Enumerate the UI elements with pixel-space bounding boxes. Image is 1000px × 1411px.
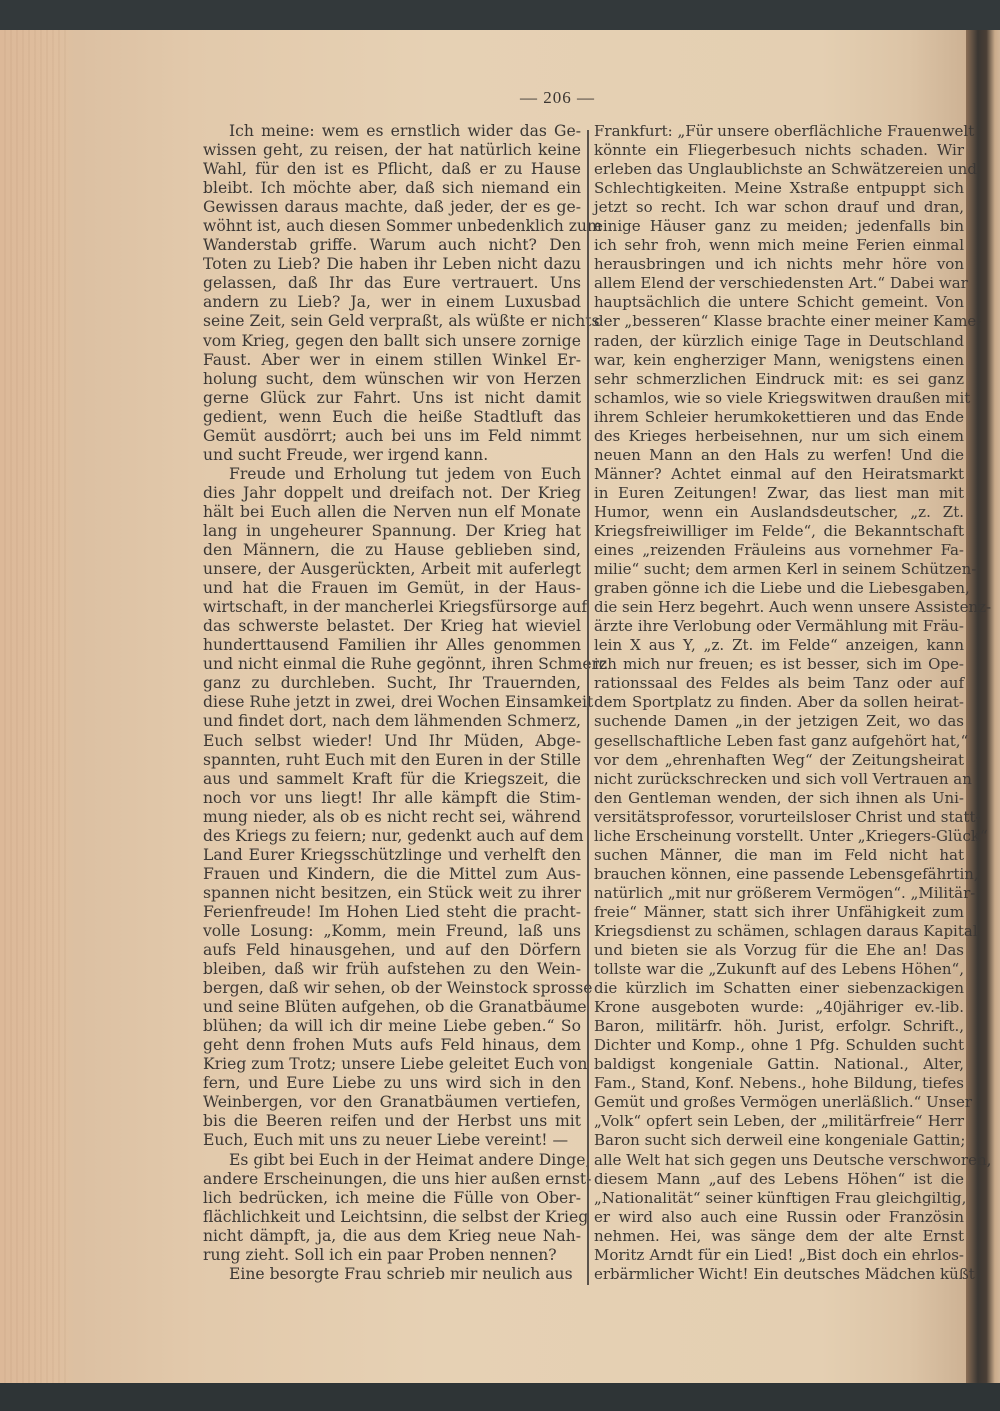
text-line: aufs Feld hinausgehen, und auf den Dörfe… [203, 941, 581, 960]
text-line: und findet dort, nach dem lähmenden Schm… [203, 712, 581, 731]
text-line: versitätsprofessor, vorurteilsloser Chri… [594, 808, 964, 827]
text-line: diesem Mann „auf des Lebens Höhen“ ist d… [594, 1170, 964, 1189]
text-line: wöhnt ist, auch diesen Sommer unbedenkli… [203, 217, 581, 236]
text-line: Eine besorgte Frau schrieb mir neulich a… [203, 1265, 581, 1284]
text-line: volle Losung: „Komm, mein Freund, laß un… [203, 922, 581, 941]
text-line: nehmen. Hei, was sänge dem der alte Erns… [594, 1227, 964, 1246]
text-line: Krone ausgeboten wurde: „40jähriger ev.-… [594, 998, 964, 1017]
text-line: hält bei Euch allen die Nerven nun elf M… [203, 503, 581, 522]
book-gutter-shadow [966, 30, 1000, 1384]
text-line: jetzt so recht. Ich war schon drauf und … [594, 198, 964, 217]
text-line: dem Sportplatz zu finden. Aber da sollen… [594, 693, 964, 712]
text-line: des Kriegs zu feiern; nur, gedenkt auch … [203, 827, 581, 846]
text-line: Ferienfreude! Im Hohen Lied steht die pr… [203, 903, 581, 922]
text-line: schamlos, wie so viele Kriegswitwen drau… [594, 389, 964, 408]
text-line: tollste war die „Zukunft auf des Lebens … [594, 960, 964, 979]
text-line: freie“ Männer, statt sich ihrer Unfähigk… [594, 903, 964, 922]
text-line: andern zu Lieb? Ja, wer in einem Luxusba… [203, 293, 581, 312]
text-line: Krieg zum Trotz; unsere Liebe geleitet E… [203, 1055, 581, 1074]
text-line: Dichter und Komp., ohne 1 Pfg. Schulden … [594, 1036, 964, 1055]
text-line: ich sehr froh, wenn mich meine Ferien ei… [594, 236, 964, 255]
page-edges [0, 30, 66, 1384]
text-line: vom Krieg, gegen den ballt sich unsere z… [203, 332, 581, 351]
text-line: ärzte ihre Verlobung oder Vermählung mit… [594, 617, 964, 636]
text-line: Baron, militärfr. höh. Jurist, erfolgr. … [594, 1017, 964, 1036]
column-divider [587, 130, 589, 1285]
text-line: gelassen, daß Ihr das Eure vertrauert. U… [203, 274, 581, 293]
text-line: die sein Herz begehrt. Auch wenn unsere … [594, 598, 964, 617]
text-line: und nicht einmal die Ruhe gegönnt, ihren… [203, 655, 581, 674]
text-line: Gemüt und großes Vermögen unerläßlich.“ … [594, 1093, 964, 1112]
text-line: rung zieht. Soll ich ein paar Proben nen… [203, 1246, 581, 1265]
text-line: unsere, der Ausgerückten, Arbeit mit auf… [203, 560, 581, 579]
text-line: „Volk“ opfert sein Leben, der „militärfr… [594, 1112, 964, 1131]
text-line: und hat die Frauen im Gemüt, in der Haus… [203, 579, 581, 598]
text-line: Frankfurt: „Für unsere oberflächliche Fr… [594, 122, 964, 141]
text-line: Land Eurer Kriegsschützlinge und verhelf… [203, 846, 581, 865]
text-line: suchende Damen „in der jetzigen Zeit, wo… [594, 712, 964, 731]
text-line: lich bedrücken, ich meine die Fülle von … [203, 1189, 581, 1208]
text-line: Kriegsdienst zu schämen, schlagen daraus… [594, 922, 964, 941]
text-line: spannen nicht besitzen, ein Stück weit z… [203, 884, 581, 903]
text-line: gedient, wenn Euch die heiße Stadtluft d… [203, 408, 581, 427]
text-line: herausbringen und ich nichts mehr höre v… [594, 255, 964, 274]
right-text-column: Frankfurt: „Für unsere oberflächliche Fr… [594, 122, 964, 1284]
text-line: mung nieder, als ob es nicht recht sei, … [203, 808, 581, 827]
text-line: Euch, Euch mit uns zu neuer Liebe verein… [203, 1131, 581, 1150]
text-line: baldigst kongeniale Gattin. National., A… [594, 1055, 964, 1074]
page-number: — 206 — [520, 88, 620, 108]
text-line: die kürzlich im Schatten einer siebenzac… [594, 979, 964, 998]
text-line: vor dem „ehrenhaften Weg“ der Zeitungshe… [594, 751, 964, 770]
text-line: bis die Beeren reifen und der Herbst uns… [203, 1112, 581, 1131]
text-line: gerne Glück zur Fahrt. Uns ist nicht dam… [203, 389, 581, 408]
text-line: rationssaal des Feldes als beim Tanz ode… [594, 674, 964, 693]
text-line: noch vor uns liegt! Ihr alle kämpft die … [203, 789, 581, 808]
text-line: fern, und Eure Liebe zu uns wird sich in… [203, 1074, 581, 1093]
text-line: Euch selbst wieder! Und Ihr Müden, Abge- [203, 732, 581, 751]
text-line: den Männern, die zu Hause geblieben sind… [203, 541, 581, 560]
text-line: seine Zeit, sein Geld verpraßt, als wüßt… [203, 312, 581, 331]
text-line: diese Ruhe jetzt in zwei, drei Wochen Ei… [203, 693, 581, 712]
text-line: Gewissen daraus machte, daß jeder, der e… [203, 198, 581, 217]
text-line: das schwerste belastet. Der Krieg hat wi… [203, 617, 581, 636]
text-line: hauptsächlich die untere Schicht gemeint… [594, 293, 964, 312]
text-line: einige Häuser ganz zu meiden; jedenfalls… [594, 217, 964, 236]
book-cover-bottom [0, 1383, 1000, 1411]
text-line: in Euren Zeitungen! Zwar, das liest man … [594, 484, 964, 503]
text-line: Schlechtigkeiten. Meine Xstraße entpuppt… [594, 179, 964, 198]
book-cover-top [0, 0, 1000, 32]
text-line: Fam., Stand, Konf. Nebens., hohe Bildung… [594, 1074, 964, 1093]
text-line: und sucht Freude, wer irgend kann. [203, 446, 581, 465]
text-line: neuen Mann an den Hals zu werfen! Und di… [594, 446, 964, 465]
text-line: erbärmlicher Wicht! Ein deutsches Mädche… [594, 1265, 964, 1284]
text-line: des Krieges herbeisehnen, nur um sich ei… [594, 427, 964, 446]
text-line: nicht dämpft, ja, die aus dem Krieg neue… [203, 1227, 581, 1246]
text-line: blühen; da will ich dir meine Liebe gebe… [203, 1017, 581, 1036]
text-line: bergen, daß wir sehen, ob der Weinstock … [203, 979, 581, 998]
text-line: sehr schmerzlichen Eindruck mit: es sei … [594, 370, 964, 389]
text-line: erleben das Unglaublichste an Schwätzere… [594, 160, 964, 179]
text-line: Es gibt bei Euch in der Heimat andere Di… [203, 1151, 581, 1170]
text-line: Wanderstab griffe. Warum auch nicht? Den [203, 236, 581, 255]
text-line: brauchen können, eine passende Lebensgef… [594, 865, 964, 884]
text-line: suchen Männer, die man im Feld nicht hat [594, 846, 964, 865]
text-line: Moritz Arndt für ein Lied! „Bist doch ei… [594, 1246, 964, 1265]
text-line: geht denn frohen Muts aufs Feld hinaus, … [203, 1036, 581, 1055]
text-line: Wahl, für den ist es Pflicht, daß er zu … [203, 160, 581, 179]
text-line: milie“ sucht; dem armen Kerl in seinem S… [594, 560, 964, 579]
text-line: wissen geht, zu reisen, der hat natürlic… [203, 141, 581, 160]
text-line: Gemüt ausdörrt; auch bei uns im Feld nim… [203, 427, 581, 446]
text-line: alle Welt hat sich gegen uns Deutsche ve… [594, 1151, 964, 1170]
text-line: andere Erscheinungen, die uns hier außen… [203, 1170, 581, 1189]
text-line: graben gönne ich die Liebe und die Liebe… [594, 579, 964, 598]
text-line: lein X aus Y, „z. Zt. im Felde“ anzeigen… [594, 636, 964, 655]
text-line: natürlich „mit nur größerem Vermögen“. „… [594, 884, 964, 903]
text-line: ich mich nur freuen; es ist besser, sich… [594, 655, 964, 674]
text-line: dies Jahr doppelt und dreifach not. Der … [203, 484, 581, 503]
text-line: und seine Blüten aufgehen, ob die Granat… [203, 998, 581, 1017]
left-text-column: Ich meine: wem es ernstlich wider das Ge… [203, 122, 581, 1284]
text-line: bleibt. Ich möchte aber, daß sich nieman… [203, 179, 581, 198]
text-line: aus und sammelt Kraft für die Kriegszeit… [203, 770, 581, 789]
text-line: hunderttausend Familien ihr Alles genomm… [203, 636, 581, 655]
text-line: liche Erscheinung vorstellt. Unter „Krie… [594, 827, 964, 846]
text-line: Faust. Aber wer in einem stillen Winkel … [203, 351, 581, 370]
text-line: bleiben, daß wir früh aufstehen zu den W… [203, 960, 581, 979]
text-line: „Nationalität“ seiner künftigen Frau gle… [594, 1189, 964, 1208]
text-line: könnte ein Fliegerbesuch nichts schaden.… [594, 141, 964, 160]
text-line: spannten, ruht Euch mit den Euren in der… [203, 751, 581, 770]
text-line: Freude und Erholung tut jedem von Euch [203, 465, 581, 484]
text-line: lang in ungeheurer Spannung. Der Krieg h… [203, 522, 581, 541]
text-line: allem Elend der verschiedensten Art.“ Da… [594, 274, 964, 293]
text-line: war, kein engherziger Mann, wenigstens e… [594, 351, 964, 370]
text-line: Kriegsfreiwilliger im Felde“, die Bekann… [594, 522, 964, 541]
text-line: Ich meine: wem es ernstlich wider das Ge… [203, 122, 581, 141]
text-line: ganz zu durchleben. Sucht, Ihr Trauernde… [203, 674, 581, 693]
text-line: Weinbergen, vor den Granatbäumen vertief… [203, 1093, 581, 1112]
text-line: Männer? Achtet einmal auf den Heiratsmar… [594, 465, 964, 484]
text-line: eines „reizenden Fräuleins aus vornehmer… [594, 541, 964, 560]
text-line: den Gentleman wenden, der sich ihnen als… [594, 789, 964, 808]
text-line: er wird also auch eine Russin oder Franz… [594, 1208, 964, 1227]
text-line: Humor, wenn ein Auslandsdeutscher, „z. Z… [594, 503, 964, 522]
text-line: und bieten sie als Vorzug für die Ehe an… [594, 941, 964, 960]
text-line: ihrem Schleier herumkokettieren und das … [594, 408, 964, 427]
text-line: Toten zu Lieb? Die haben ihr Leben nicht… [203, 255, 581, 274]
text-line: holung sucht, dem wünschen wir von Herze… [203, 370, 581, 389]
text-line: gesellschaftliche Leben fast ganz aufgeh… [594, 732, 964, 751]
text-line: nicht zurückschrecken und sich voll Vert… [594, 770, 964, 789]
text-line: der „besseren“ Klasse brachte einer mein… [594, 312, 964, 331]
text-line: Baron sucht sich derweil eine kongeniale… [594, 1131, 964, 1150]
text-line: raden, der kürzlich einige Tage in Deuts… [594, 332, 964, 351]
text-line: Frauen und Kindern, die die Mittel zum A… [203, 865, 581, 884]
text-line: wirtschaft, in der mancherlei Kriegsfürs… [203, 598, 581, 617]
text-line: flächlichkeit und Leichtsinn, die selbst… [203, 1208, 581, 1227]
